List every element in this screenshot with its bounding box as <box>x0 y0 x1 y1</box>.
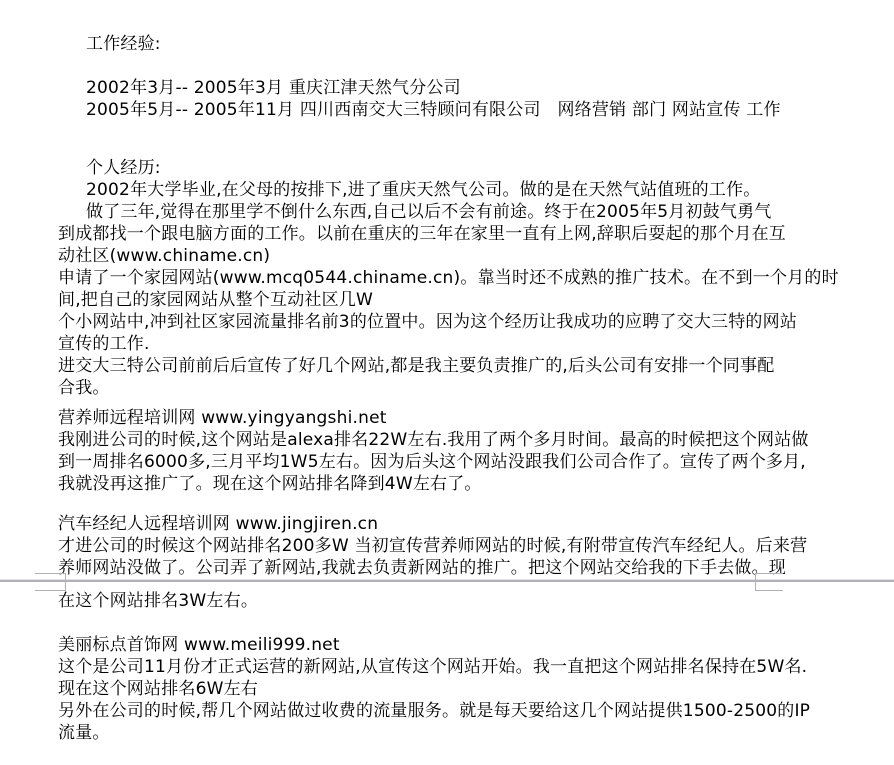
text-line: 在这个网站排名3W左右。 <box>58 590 880 612</box>
text-line: 个小网站中,冲到社区家园流量排名前3的位置中。因为这个经历让我成功的应聘了交大三… <box>58 311 880 333</box>
text-line: 2005年5月-- 2005年11月 四川西南交大三特顾问有限公司 网络营销 部… <box>58 99 880 121</box>
text-line: 营养师远程培训网 www.yingyangshi.net <box>58 407 880 429</box>
page-margin-bracket-right <box>755 573 783 591</box>
text-line: 个人经历: <box>58 157 880 179</box>
page-margin-bracket-left <box>35 573 66 591</box>
page-break-marker <box>0 579 894 590</box>
text-line: 现在这个网站排名6W左右 <box>58 678 880 700</box>
text-line: 我刚进公司的时候,这个网站是alexa排名22W左右.我用了两个多月时间。最高的… <box>58 429 880 451</box>
text-line: 流量。 <box>58 722 880 744</box>
text-line: 这个是公司11月份才正式运营的新网站,从宣传这个网站开始。我一直把这个网站排名保… <box>58 656 880 678</box>
text-line: 工作经验: <box>58 33 880 55</box>
text-line: 到成都找一个跟电脑方面的工作。以前在重庆的三年在家里一直有上网,辞职后耍起的那个… <box>58 223 880 245</box>
text-line: 2002年大学毕业,在父母的按排下,进了重庆天然气公司。做的是在天然气站值班的工… <box>58 179 880 201</box>
blank-line <box>58 612 880 634</box>
text-line: 申请了一个家园网站(www.mcq0544.chiname.cn)。靠当时还不成… <box>58 267 880 289</box>
text-line: 到一周排名6000多,三月平均1W5左右。因为后头这个网站没跟我们公司合作了。宣… <box>58 451 880 473</box>
blank-line <box>58 121 880 143</box>
text-line: 美丽标点首饰网 www.meili999.net <box>58 634 880 656</box>
blank-line <box>58 399 880 407</box>
text-line: 另外在公司的时候,帮几个网站做过收费的流量服务。就是每天要给这几个网站提供150… <box>58 700 880 722</box>
blank-line <box>58 495 880 513</box>
text-line: 做了三年,觉得在那里学不倒什么东西,自己以后不会有前途。终于在2005年5月初鼓… <box>58 201 880 223</box>
text-line: 我就没再这推广了。现在这个网站排名降到4W左右了。 <box>58 473 880 495</box>
text-line: 进交大三特公司前前后后宣传了好几个网站,都是我主要负责推广的,后头公司有安排一个… <box>58 355 880 377</box>
text-line: 间,把自己的家园网站从整个互动社区几W <box>58 289 880 311</box>
blank-line <box>58 143 880 157</box>
text-line: 动社区(www.chiname.cn) <box>58 245 880 267</box>
document-page[interactable]: 工作经验: 2002年3月-- 2005年3月 重庆江津天然气分公司 2005年… <box>0 0 894 765</box>
text-line: 合我。 <box>58 377 880 399</box>
text-line: 才进公司的时候这个网站排名200多W 当初宣传营养师网站的时候,有附带宣传汽车经… <box>58 535 880 557</box>
text-line: 2002年3月-- 2005年3月 重庆江津天然气分公司 <box>58 77 880 99</box>
text-line: 宣传的工作. <box>58 333 880 355</box>
blank-line <box>58 55 880 77</box>
text-line: 汽车经纪人远程培训网 www.jingjiren.cn <box>58 513 880 535</box>
